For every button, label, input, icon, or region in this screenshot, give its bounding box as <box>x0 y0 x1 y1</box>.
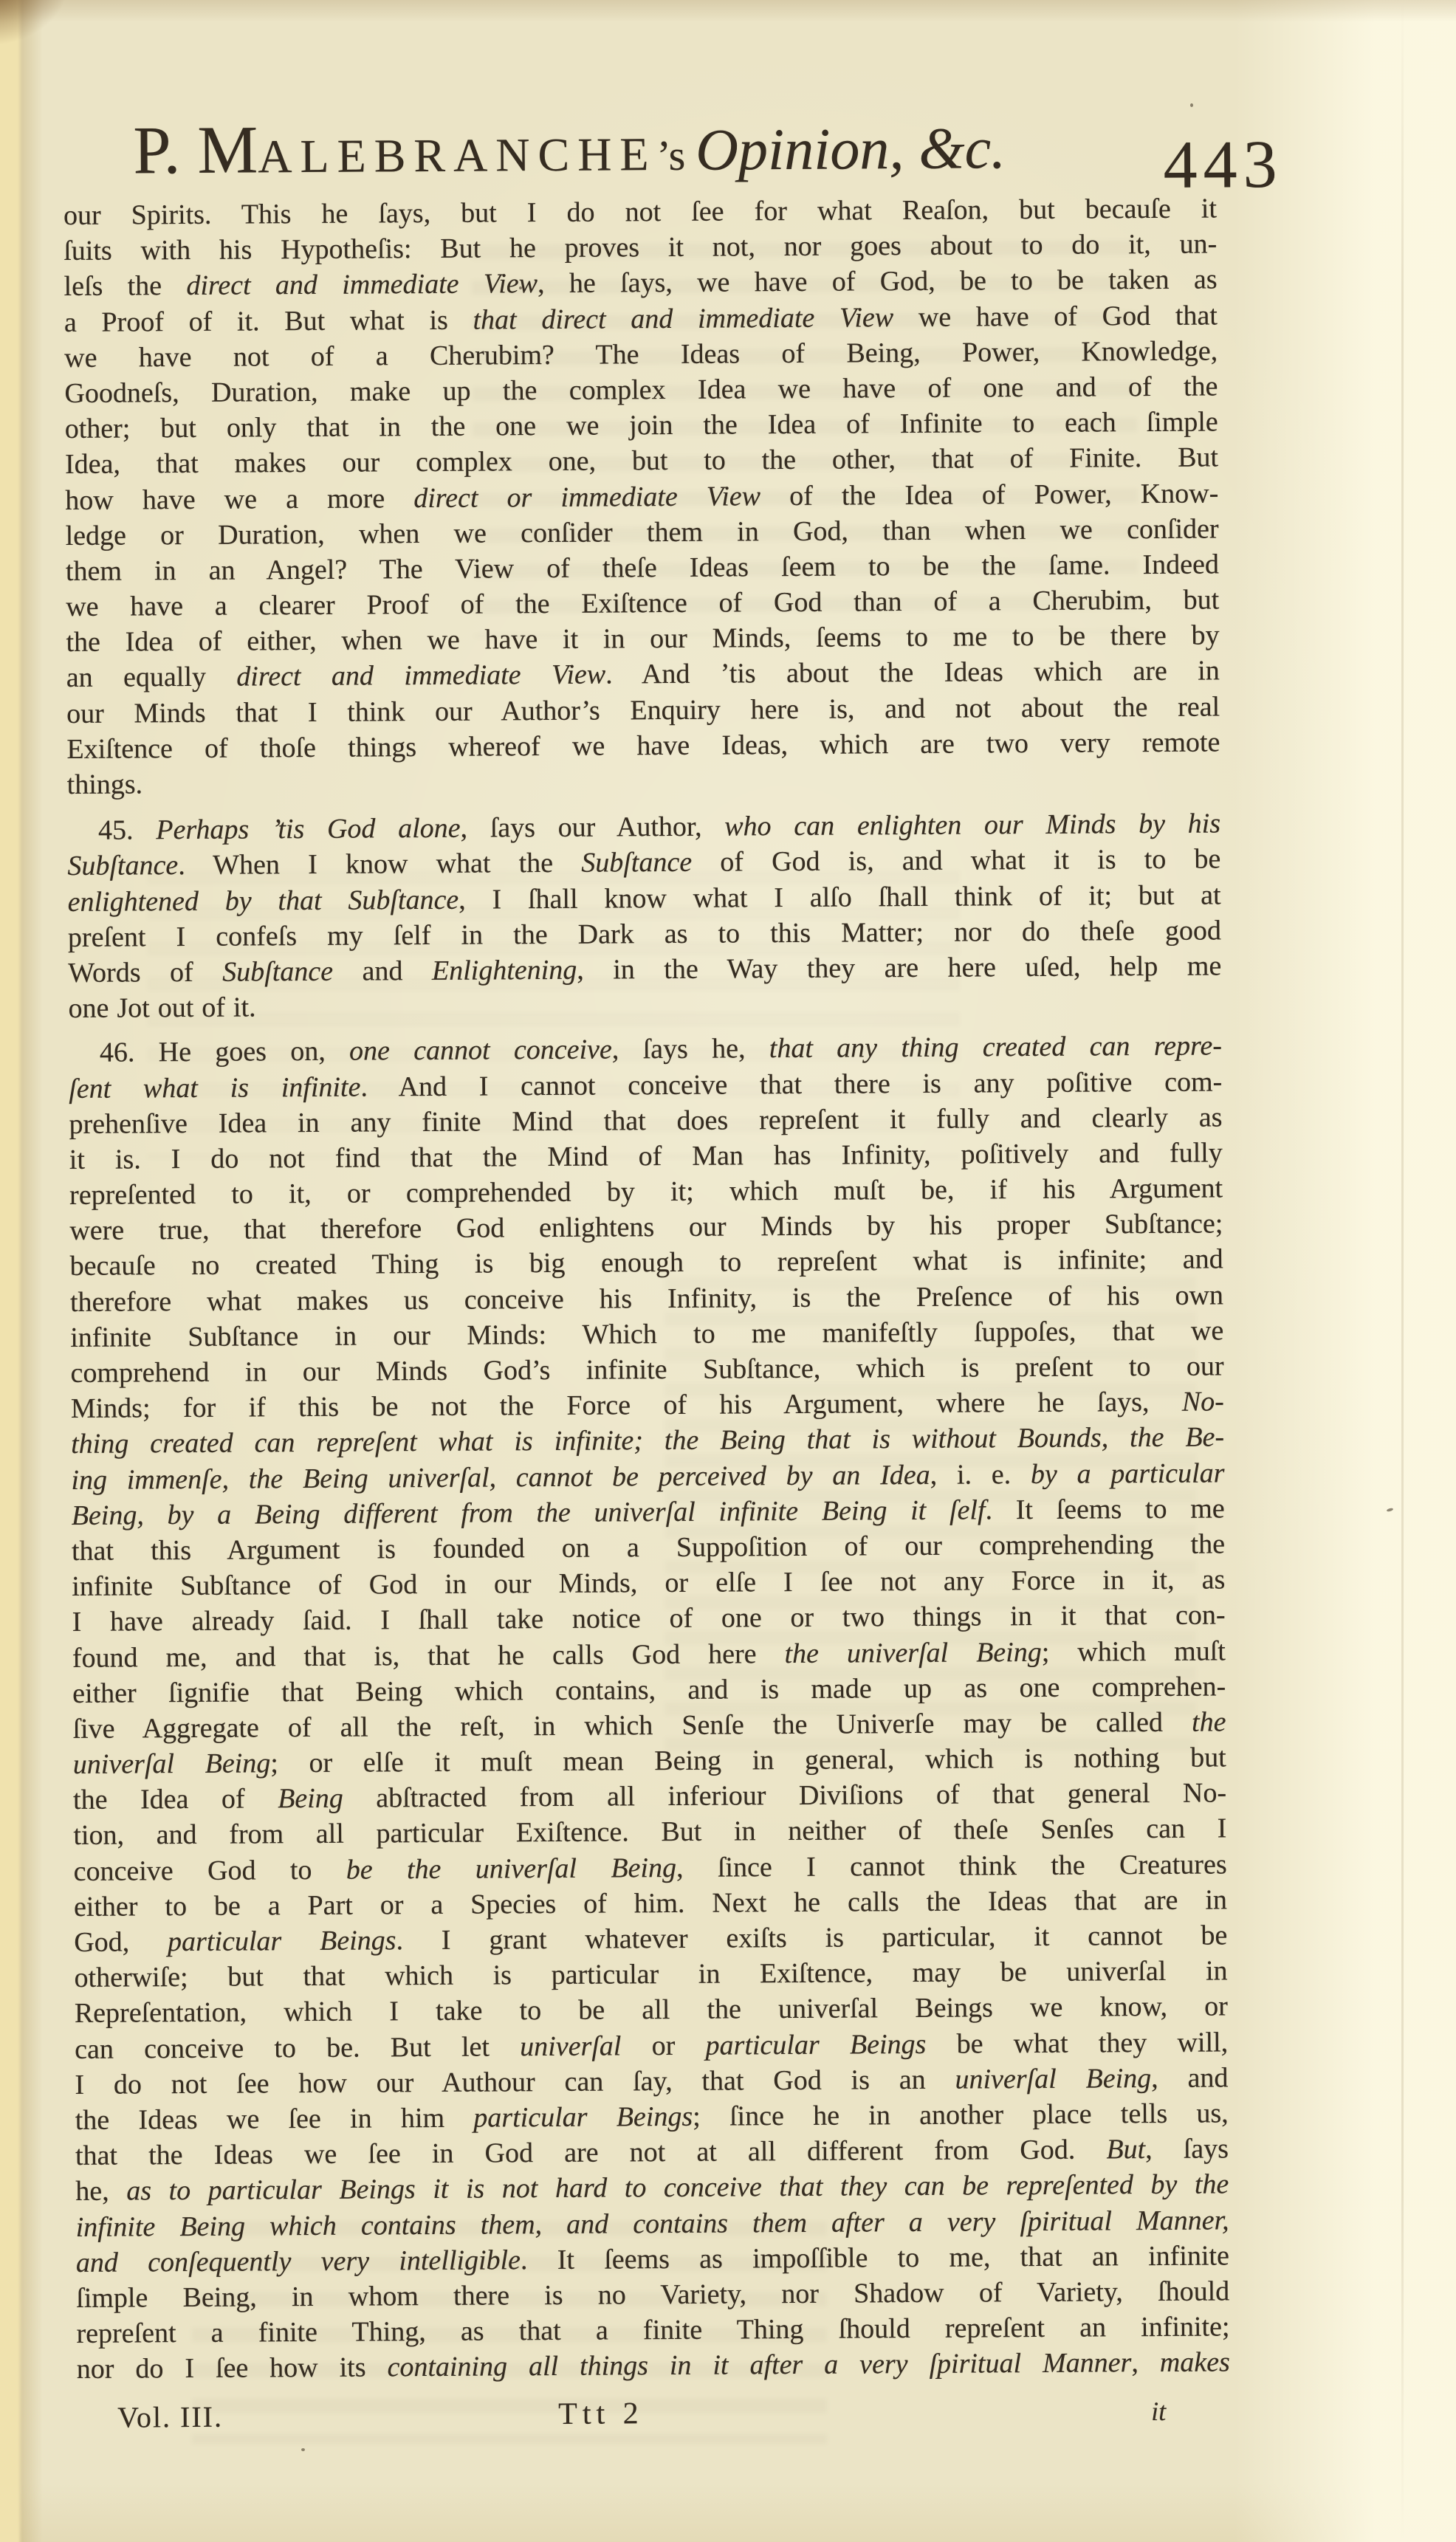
text-segment: were true, that therefore God enlightens… <box>69 1209 1223 1247</box>
paragraph: our Spirits. This he ſays, but I do not … <box>63 190 1220 803</box>
text-segment: found me, and that is, that he calls God… <box>72 1638 785 1674</box>
text-segment: otherwiſe; but that which is particular … <box>74 1956 1227 1994</box>
text-segment: can conceive to be. But let <box>75 2031 520 2065</box>
body-line: he, as to particular Beings it is not ha… <box>75 2167 1229 2210</box>
body-line: Exiſtence of thoſe things whereof we hav… <box>66 724 1220 767</box>
body-line: I have already ſaid. I ſhall take notice… <box>72 1598 1225 1641</box>
italic-text-segment: direct and immediate View <box>186 268 538 301</box>
body-line: Words of Subſtance and Enlightening, in … <box>68 948 1221 991</box>
text-segment: I do not ſee how our Authour can ſay, th… <box>75 2064 955 2100</box>
text-segment: tion, and from all particular Exiſtence.… <box>73 1813 1226 1852</box>
text-segment: , i. e. <box>930 1459 1031 1491</box>
text-segment: I have already ſaid. I ſhall take notice… <box>72 1600 1226 1638</box>
text-segment: ; or elſe it muſt mean Being in general,… <box>270 1742 1226 1779</box>
text-segment: ledge or Duration, when we conſider them… <box>66 513 1219 552</box>
text-segment: , ſince I cannot think the Creatures <box>676 1849 1227 1883</box>
italic-text-segment: containing all things in it after a very… <box>387 2347 1131 2383</box>
page-title: P. MALEBRANCHE’sOpinion, &c. <box>133 111 1006 184</box>
text-segment: be what they will, <box>926 2027 1228 2059</box>
italic-text-segment: makes <box>1160 2347 1230 2379</box>
text-segment: God, <box>74 1926 168 1958</box>
text-segment: therefore what makes us conceive his Inf… <box>70 1279 1223 1318</box>
text-segment: , ſays our Author, <box>460 811 724 844</box>
italic-text-segment: Being, by a Being different from the uni… <box>72 1494 986 1531</box>
italic-text-segment: particular Beings <box>473 2101 693 2134</box>
text-segment: infinite Subſtance in our Minds: Which t… <box>70 1315 1223 1353</box>
text-segment: one Jot out of it. <box>68 992 255 1025</box>
text-segment: nor do I ſee how its <box>77 2352 388 2385</box>
text-segment: them in an Angel? The View of theſe Idea… <box>66 549 1219 587</box>
text-segment: , ſays he, <box>612 1033 769 1065</box>
text-segment: Repreſentation, which I take to be all t… <box>75 1991 1228 2030</box>
text-segment: , I ſhall know what I alſo ſhall think o… <box>459 879 1221 915</box>
text-segment: an equally <box>66 662 237 693</box>
body-line: 46. He goes on, one cannot conceive, ſay… <box>69 1028 1222 1071</box>
paragraph: 45. Perhaps ’tis God alone, ſays our Aut… <box>67 806 1222 1027</box>
text-segment: a Proof of it. But what is <box>64 304 473 337</box>
text-segment: . When I know what the <box>178 848 581 881</box>
paragraph: 46. He goes on, one cannot conceive, ſay… <box>69 1028 1230 2388</box>
text-segment: that this Argument is founded on a Suppo… <box>72 1528 1225 1567</box>
text-segment: , <box>1131 2347 1160 2378</box>
text-segment: leſs the <box>63 270 186 302</box>
text-segment: , in the Way they are here uſed, help me <box>577 950 1221 985</box>
text-segment: abſtracted from all inferiour Diviſions … <box>343 1778 1227 1814</box>
italic-text-segment: Perhaps ’tis God alone <box>156 813 461 846</box>
italic-text-segment: Subſtance <box>581 847 692 879</box>
text-segment: , he ſays, we have of God, be to be take… <box>538 264 1218 300</box>
italic-text-segment: ing immenſe, the Being univerſal, cannot… <box>71 1459 930 1495</box>
text-segment: our Minds that I think our Author’s Enqu… <box>66 691 1220 729</box>
text-segment: comprehend in our Minds God’s infinite S… <box>70 1350 1223 1389</box>
text-segment: , and <box>1151 2062 1228 2094</box>
italic-text-segment: ſent what is infinite <box>69 1071 360 1104</box>
text-segment: repreſented to it, or comprehended by it… <box>69 1172 1223 1211</box>
text-segment: becauſe no created Thing is big enough t… <box>70 1244 1223 1282</box>
italic-text-segment: direct or immediate View <box>413 481 760 514</box>
text-segment: Words of <box>68 957 222 989</box>
text-segment: . It ſeems as impoſſible to me, that an … <box>521 2240 1229 2275</box>
italic-text-segment: the <box>1192 1706 1226 1737</box>
italic-text-segment: who can enlighten our Minds by his <box>724 808 1220 842</box>
title-possessive: ’s <box>656 131 685 179</box>
italic-text-segment: univerſal Being <box>73 1748 271 1780</box>
text-segment: repreſent a finite Thing, as that a fini… <box>76 2311 1229 2349</box>
text-segment: ſimple Being, in whom there is no Variet… <box>76 2275 1229 2314</box>
text-segment: it is. I do not find that the Mind of Ma… <box>69 1137 1223 1175</box>
text-segment: other; but only that in the one we join … <box>65 407 1218 445</box>
text-segment: the Ideas we ſee in him <box>75 2103 474 2136</box>
text-segment: we have a clearer Proof of the Exiſtence… <box>66 585 1219 623</box>
italic-text-segment: Subſtance <box>67 850 178 882</box>
italic-text-segment: and conſequently very intelligible <box>76 2244 521 2278</box>
scanned-book-page: P. MALEBRANCHE’sOpinion, &c. 443 our Spi… <box>0 0 1456 2542</box>
text-segment: Idea, that makes our complex one, but to… <box>65 442 1218 481</box>
italic-text-segment: be the univerſal Being <box>346 1852 676 1886</box>
text-segment: of the Idea of Power, Know- <box>760 478 1219 512</box>
text-segment: prehenſive Idea in any finite Mind that … <box>69 1102 1222 1140</box>
italic-text-segment: infinite Being which contains them, and … <box>76 2205 1229 2243</box>
body-line: Idea, that makes our complex one, but to… <box>65 440 1218 483</box>
text-segment: ; ſince he in another place tells us, <box>693 2098 1229 2131</box>
text-segment: conceive God to <box>74 1854 346 1886</box>
text-segment: of God is, and what it is to be <box>692 844 1220 878</box>
text-segment: our Spirits. This he ſays, but I do not … <box>63 193 1217 231</box>
text-segment: Exiſtence of thoſe things whereof we hav… <box>66 726 1220 765</box>
text-segment: we have of God that <box>893 300 1218 333</box>
italic-text-segment: particular Beings <box>168 1925 396 1957</box>
title-small-caps: ALEBRANCHE <box>258 128 657 182</box>
body-line: nor do I ſee how its containing all thin… <box>77 2345 1230 2388</box>
text-segment: ; which muſt <box>1042 1635 1226 1668</box>
italic-text-segment: Subſtance <box>222 956 333 988</box>
text-segment: ſuits with his Hypotheſis: But he proves… <box>63 229 1217 267</box>
title-italic: Opinion, &c. <box>696 116 1006 183</box>
italic-text-segment: that any thing created can repre- <box>769 1031 1222 1065</box>
italic-text-segment: particular Beings <box>705 2028 926 2061</box>
volume-label: Vol. III. <box>117 2402 223 2433</box>
italic-text-segment: one cannot conceive <box>349 1034 612 1067</box>
italic-text-segment: that direct and immediate View <box>473 302 893 335</box>
italic-text-segment: by a particular <box>1031 1457 1225 1490</box>
text-segment: , ſays <box>1145 2134 1229 2165</box>
text-segment: . And I cannot conceive that there is an… <box>360 1066 1222 1102</box>
text-segment: or <box>621 2030 705 2061</box>
text-segment: 46. He goes on, <box>100 1036 349 1068</box>
italic-text-segment: Being <box>278 1783 343 1815</box>
italic-text-segment: thing created can repreſent what is infi… <box>71 1422 1224 1460</box>
page-crease <box>1401 0 1404 2542</box>
text-block: P. MALEBRANCHE’sOpinion, &c. 443 our Spi… <box>63 87 1230 2445</box>
italic-text-segment: No- <box>1182 1387 1224 1418</box>
italic-text-segment: enlightened by that Subſtance <box>68 884 459 917</box>
text-segment: 45. <box>98 814 156 845</box>
text-segment: either to be a Part or a Species of him.… <box>74 1884 1227 1923</box>
paper-background: P. MALEBRANCHE’sOpinion, &c. 443 our Spi… <box>0 0 1456 2542</box>
signature-mark: Ttt 2 <box>558 2399 644 2431</box>
text-segment: he, <box>75 2176 126 2207</box>
text-segment: preſent I confeſs my ſelf in the Dark as… <box>68 915 1221 953</box>
italic-text-segment: But <box>1106 2134 1145 2165</box>
italic-text-segment: univerſal <box>520 2030 621 2062</box>
text-segment: things. <box>67 769 143 800</box>
ink-speck <box>301 2448 305 2451</box>
body-line: things. <box>67 760 1220 803</box>
catchword: it <box>1151 2398 1166 2425</box>
page-footer: Vol. III. Ttt 2 it <box>77 2391 1230 2445</box>
text-segment: how have we a more <box>65 483 413 516</box>
page-number: 443 <box>1163 130 1283 199</box>
text-segment: . And ’tis about the Ideas which are in <box>605 656 1220 690</box>
text-segment: . It ſeems to me <box>985 1493 1224 1525</box>
ink-speck <box>1387 1508 1394 1512</box>
text-segment: Goodneſs, Duration, make up the complex … <box>64 371 1218 409</box>
body-text: our Spirits. This he ſays, but I do not … <box>63 190 1230 2387</box>
text-segment: and <box>333 955 432 987</box>
italic-text-segment: univerſal Being <box>955 2063 1151 2095</box>
text-segment: ſive Aggregate of all the reſt, in which… <box>72 1707 1192 1745</box>
italic-text-segment: direct and immediate View <box>236 659 605 693</box>
italic-text-segment: the univerſal Being <box>784 1636 1042 1669</box>
italic-text-segment: Enlightening <box>432 955 577 986</box>
text-segment: Minds; for if this be not the Force of h… <box>71 1387 1182 1424</box>
title-lead-caps: P. M <box>133 111 258 188</box>
running-header: P. MALEBRANCHE’sOpinion, &c. 443 <box>63 87 1217 198</box>
text-segment: the Idea of either, when we have it in o… <box>66 620 1219 659</box>
body-line: one Jot out of it. <box>68 984 1221 1027</box>
text-segment: infinite Subſtance of God in our Minds, … <box>72 1564 1225 1603</box>
text-segment: we have not of a Cherubim? The Ideas of … <box>64 335 1218 374</box>
text-segment: either ſignifie that Being which contain… <box>72 1671 1226 1709</box>
text-segment: . I grant whatever exiſts is particular,… <box>396 1920 1227 1956</box>
italic-text-segment: as to particular Beings it is not hard t… <box>126 2169 1229 2207</box>
text-segment: the Idea of <box>73 1784 278 1816</box>
text-segment: that the Ideas we ſee in God are not at … <box>75 2134 1107 2172</box>
